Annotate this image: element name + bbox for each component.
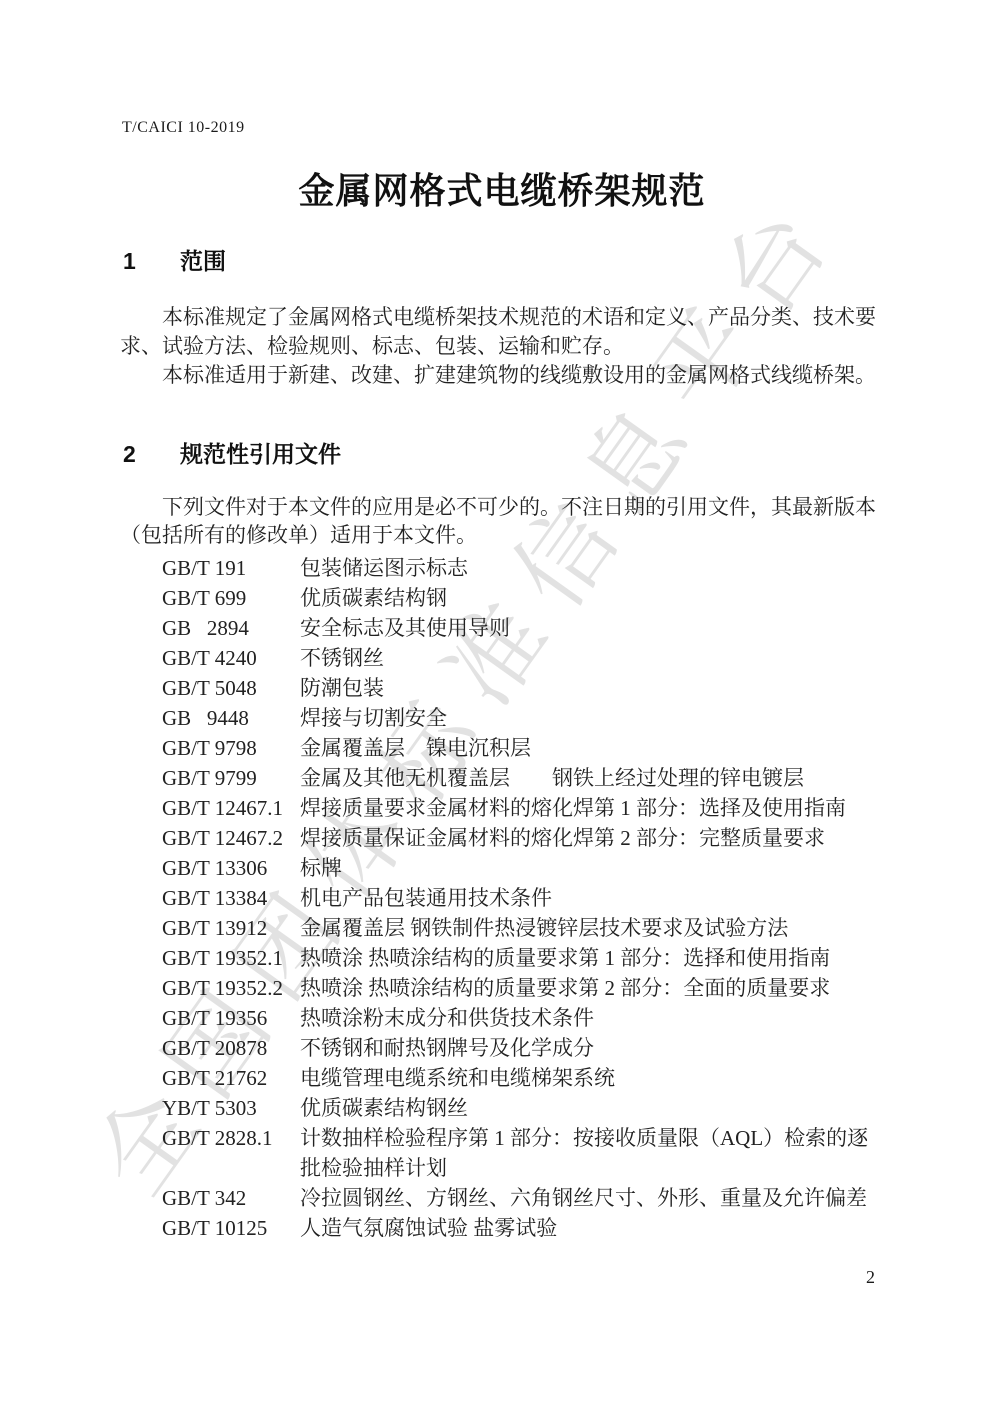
reference-row: GB/T 5048防潮包装 xyxy=(162,673,886,703)
section-2-title: 规范性引用文件 xyxy=(180,441,341,467)
reference-code: GB/T 699 xyxy=(162,583,300,613)
reference-title: 优质碳素结构钢 xyxy=(300,583,886,613)
reference-row: GB 9448焊接与切割安全 xyxy=(162,703,886,733)
reference-code: GB/T 13306 xyxy=(162,853,300,883)
reference-row: GB/T 699优质碳素结构钢 xyxy=(162,583,886,613)
reference-code: GB/T 13912 xyxy=(162,913,300,943)
reference-row: YB/T 5303优质碳素结构钢丝 xyxy=(162,1093,886,1123)
reference-code: YB/T 5303 xyxy=(162,1093,300,1123)
reference-row: GB/T 191包装储运图示标志 xyxy=(162,553,886,583)
reference-title: 人造气氛腐蚀试验 盐雾试验 xyxy=(300,1213,886,1243)
reference-row: GB/T 12467.1焊接质量要求金属材料的熔化焊第 1 部分：选择及使用指南 xyxy=(162,793,886,823)
reference-row: GB/T 19352.2热喷涂 热喷涂结构的质量要求第 2 部分：全面的质量要求 xyxy=(162,973,886,1003)
reference-code: GB/T 21762 xyxy=(162,1063,300,1093)
reference-row: GB/T 13384机电产品包装通用技术条件 xyxy=(162,883,886,913)
reference-row: GB 2894安全标志及其使用导则 xyxy=(162,613,886,643)
reference-code: GB/T 13384 xyxy=(162,883,300,913)
reference-row: GB/T 13306标牌 xyxy=(162,853,886,883)
page-content: T/CAICI 10-2019 金属网格式电缆桥架规范 1 范围 本标准规定了金… xyxy=(0,0,1000,1415)
reference-row: GB/T 13912金属覆盖层 钢铁制件热浸镀锌层技术要求及试验方法 xyxy=(162,913,886,943)
reference-row: GB/T 10125人造气氛腐蚀试验 盐雾试验 xyxy=(162,1213,886,1243)
section-2-number: 2 xyxy=(123,441,180,467)
reference-code: GB/T 10125 xyxy=(162,1213,300,1243)
reference-row: GB/T 19356热喷涂粉末成分和供货技术条件 xyxy=(162,1003,886,1033)
section-1-title: 范围 xyxy=(180,248,226,274)
reference-title: 冷拉圆钢丝、方钢丝、六角钢丝尺寸、外形、重量及允许偏差 xyxy=(300,1183,886,1213)
reference-title: 机电产品包装通用技术条件 xyxy=(300,883,886,913)
reference-code: GB 2894 xyxy=(162,613,300,643)
section-2-heading: 2 规范性引用文件 xyxy=(123,441,341,467)
reference-code: GB/T 4240 xyxy=(162,643,300,673)
reference-row: GB/T 9798金属覆盖层 镍电沉积层 xyxy=(162,733,886,763)
reference-title: 焊接质量要求金属材料的熔化焊第 1 部分：选择及使用指南 xyxy=(300,793,886,823)
reference-code: GB 9448 xyxy=(162,703,300,733)
reference-code: GB/T 19352.1 xyxy=(162,943,300,973)
reference-code: GB/T 19352.2 xyxy=(162,973,300,1003)
page-number: 2 xyxy=(866,1267,875,1288)
reference-title: 标牌 xyxy=(300,853,886,883)
reference-code: GB/T 342 xyxy=(162,1183,300,1213)
reference-row: GB/T 2828.1计数抽样检验程序第 1 部分：按接收质量限（AQL）检索的… xyxy=(162,1123,886,1183)
reference-title: 焊接与切割安全 xyxy=(300,703,886,733)
reference-code: GB/T 191 xyxy=(162,553,300,583)
scope-paragraph-2: 本标准适用于新建、改建、扩建建筑物的线缆敷设用的金属网格式线缆桥架。 xyxy=(120,361,886,390)
reference-code: GB/T 9799 xyxy=(162,763,300,793)
reference-title: 热喷涂 热喷涂结构的质量要求第 1 部分：选择和使用指南 xyxy=(300,943,886,973)
reference-title: 不锈钢丝 xyxy=(300,643,886,673)
reference-code: GB/T 5048 xyxy=(162,673,300,703)
references-intro-paragraph: 下列文件对于本文件的应用是必不可少的。不注日期的引用文件，其最新版本（包括所有的… xyxy=(120,493,886,549)
reference-title: 电缆管理电缆系统和电缆梯架系统 xyxy=(300,1063,886,1093)
scope-paragraphs: 本标准规定了金属网格式电缆桥架技术规范的术语和定义、产品分类、技术要求、试验方法… xyxy=(120,303,886,390)
reference-code: GB/T 19356 xyxy=(162,1003,300,1033)
references-list: GB/T 191包装储运图示标志 GB/T 699优质碳素结构钢 GB 2894… xyxy=(162,553,886,1243)
reference-code: GB/T 12467.1 xyxy=(162,793,300,823)
reference-row: GB/T 19352.1热喷涂 热喷涂结构的质量要求第 1 部分：选择和使用指南 xyxy=(162,943,886,973)
scope-paragraph-1: 本标准规定了金属网格式电缆桥架技术规范的术语和定义、产品分类、技术要求、试验方法… xyxy=(120,303,886,361)
document-title: 金属网格式电缆桥架规范 xyxy=(120,170,884,212)
reference-title: 金属覆盖层 钢铁制件热浸镀锌层技术要求及试验方法 xyxy=(300,913,886,943)
section-1-number: 1 xyxy=(123,248,180,274)
document-page: 全国团体标准信息平台 T/CAICI 10-2019 金属网格式电缆桥架规范 1… xyxy=(0,0,1000,1415)
reference-title: 安全标志及其使用导则 xyxy=(300,613,886,643)
reference-row: GB/T 21762电缆管理电缆系统和电缆梯架系统 xyxy=(162,1063,886,1093)
reference-row: GB/T 20878不锈钢和耐热钢牌号及化学成分 xyxy=(162,1033,886,1063)
reference-code: GB/T 2828.1 xyxy=(162,1123,300,1183)
reference-title: 热喷涂粉末成分和供货技术条件 xyxy=(300,1003,886,1033)
reference-title: 防潮包装 xyxy=(300,673,886,703)
reference-code: GB/T 20878 xyxy=(162,1033,300,1063)
reference-title: 热喷涂 热喷涂结构的质量要求第 2 部分：全面的质量要求 xyxy=(300,973,886,1003)
reference-title: 包装储运图示标志 xyxy=(300,553,886,583)
section-1-heading: 1 范围 xyxy=(123,248,226,274)
reference-title: 金属及其他无机覆盖层 钢铁上经过处理的锌电镀层 xyxy=(300,763,886,793)
reference-title: 不锈钢和耐热钢牌号及化学成分 xyxy=(300,1033,886,1063)
reference-title: 金属覆盖层 镍电沉积层 xyxy=(300,733,886,763)
reference-title: 优质碳素结构钢丝 xyxy=(300,1093,886,1123)
reference-row: GB/T 4240不锈钢丝 xyxy=(162,643,886,673)
reference-code: GB/T 9798 xyxy=(162,733,300,763)
reference-row: GB/T 9799金属及其他无机覆盖层 钢铁上经过处理的锌电镀层 xyxy=(162,763,886,793)
reference-title: 焊接质量保证金属材料的熔化焊第 2 部分：完整质量要求 xyxy=(300,823,886,853)
reference-row: GB/T 12467.2焊接质量保证金属材料的熔化焊第 2 部分：完整质量要求 xyxy=(162,823,886,853)
reference-code: GB/T 12467.2 xyxy=(162,823,300,853)
reference-row: GB/T 342冷拉圆钢丝、方钢丝、六角钢丝尺寸、外形、重量及允许偏差 xyxy=(162,1183,886,1213)
document-code: T/CAICI 10-2019 xyxy=(122,119,245,137)
references-intro: 下列文件对于本文件的应用是必不可少的。不注日期的引用文件，其最新版本（包括所有的… xyxy=(120,493,886,549)
reference-title: 计数抽样检验程序第 1 部分：按接收质量限（AQL）检索的逐批检验抽样计划 xyxy=(300,1123,886,1183)
